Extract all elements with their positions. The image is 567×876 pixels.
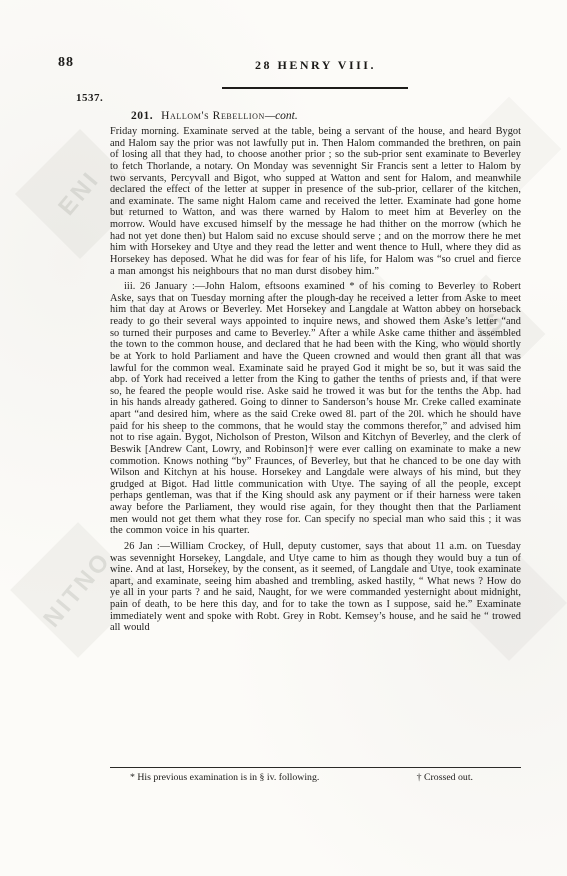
paragraph-26-january-halom: iii. 26 January :—John Halom, eftsoons e…: [110, 281, 521, 537]
footnote-asterisk: * His previous examination is in § iv. f…: [130, 772, 319, 783]
article-title: Hallom's Rebellion: [161, 110, 265, 122]
paragraph-26-jan-crockey: 26 Jan :—William Crockey, of Hull, deput…: [110, 541, 521, 634]
margin-year: 1537.: [76, 92, 103, 104]
article-number: 201.: [131, 110, 153, 122]
page-number: 88: [58, 55, 74, 71]
scanned-book-page: ENI AIS NITNO 88 28 HENRY VIII. 1537. 20…: [0, 0, 567, 876]
watermark-text: NITNO: [38, 547, 117, 634]
article-body: 201.Hallom's Rebellion—cont. Friday morn…: [110, 110, 521, 634]
running-title: 28 HENRY VIII.: [110, 58, 521, 73]
footnote-dagger: † Crossed out.: [417, 772, 473, 783]
watermark-text: ENI: [54, 166, 107, 222]
header-rule: [222, 87, 408, 89]
article-continuation: —cont.: [265, 110, 298, 122]
footnote-block: * His previous examination is in § iv. f…: [110, 767, 521, 783]
article-heading: 201.Hallom's Rebellion—cont.: [131, 110, 521, 123]
paragraph-friday-morning: Friday morning. Examinate served at the …: [110, 126, 521, 277]
